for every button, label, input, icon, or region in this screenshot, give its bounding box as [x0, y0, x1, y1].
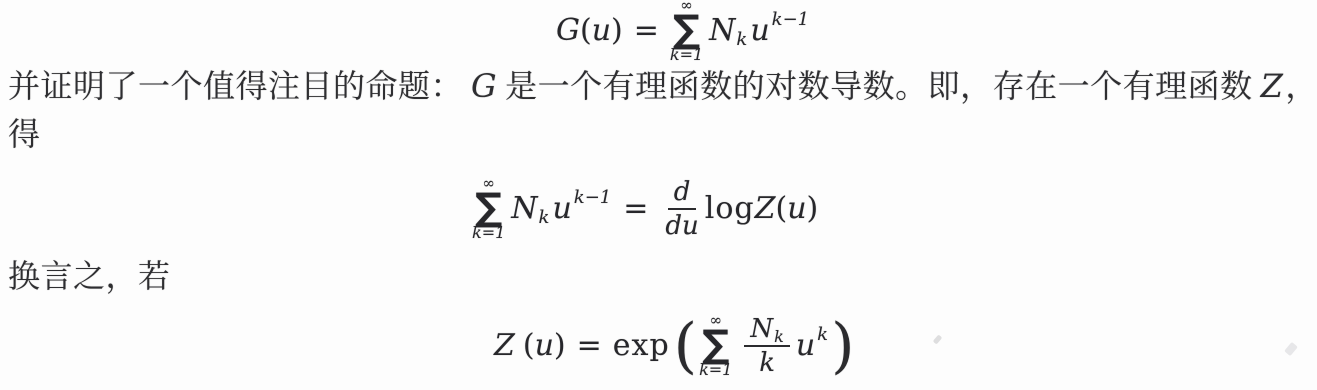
paragraph-line-2: 得 — [8, 116, 41, 153]
big-paren-open: ( — [674, 315, 697, 377]
formula-var: G — [556, 13, 580, 48]
cjk-text: 是一个有理函数的对数导数。即，存在一个有理函数 — [505, 67, 1253, 105]
formula-var: u — [787, 191, 806, 226]
paren: ) — [807, 191, 819, 226]
sigma-symbol: ∑ — [475, 189, 502, 225]
fraction-denominator: du — [665, 210, 698, 239]
paren: ) — [611, 13, 623, 48]
log-operator: log — [705, 191, 755, 226]
cjk-text: ，使 — [1285, 67, 1317, 105]
formula-var: N — [709, 13, 735, 48]
formula-zeta-exp: Z (u) = exp ( ∞ ∑ k=1 Nk k uk ) — [494, 313, 854, 378]
subscript: k — [539, 207, 550, 228]
formula-var: u — [552, 191, 571, 226]
superscript: k−1 — [574, 187, 611, 208]
cjk-text: 换言之，若 — [8, 257, 171, 295]
paren: ( — [580, 13, 592, 48]
equals-sign: = — [623, 191, 648, 226]
paragraph-line-1: 并证明了一个值得注目的命题：G是一个有理函数的对数导数。即，存在一个有理函数Z，… — [8, 68, 1317, 105]
summation: ∞ ∑ k=1 — [472, 176, 505, 241]
formula-log-derivative: ∞ ∑ k=1 Nkuk−1 = d du log Z(u) — [472, 176, 818, 241]
paren: ) — [554, 328, 566, 363]
formula-var: u — [592, 13, 611, 48]
superscript: k−1 — [772, 9, 809, 30]
scan-speck — [1284, 342, 1298, 356]
scanned-document-page: G(u) = ∞ ∑ k=1 Nkuk−1 并证明了一个值得注目的命题：G是一个… — [0, 0, 1317, 390]
big-paren-close: ) — [831, 315, 854, 377]
paren: ( — [523, 328, 535, 363]
equals-sign: = — [634, 13, 659, 48]
sigma-symbol: ∑ — [702, 326, 729, 362]
sum-lower-limit: k=1 — [472, 225, 505, 241]
exp-operator: exp — [613, 328, 670, 363]
sigma-symbol: ∑ — [673, 11, 700, 47]
subscript: k — [736, 29, 747, 50]
subscript: k — [774, 327, 784, 346]
formula-var: u — [796, 328, 815, 363]
formula-var: Z — [494, 328, 515, 363]
formula-var: N — [750, 314, 773, 344]
cjk-text: 得 — [8, 115, 41, 153]
scan-speck — [933, 334, 943, 344]
paragraph-line-3: 换言之，若 — [8, 258, 171, 295]
fraction-numerator: d — [668, 179, 697, 210]
sum-lower-limit: k=1 — [699, 362, 732, 378]
derivative-fraction: d du — [665, 179, 698, 239]
paren: ( — [776, 191, 788, 226]
equals-sign: = — [577, 328, 602, 363]
summation: ∞ ∑ k=1 — [670, 0, 703, 63]
fraction-numerator: Nk — [744, 316, 789, 347]
formula-var: u — [750, 13, 769, 48]
inline-var-z: Z — [1261, 67, 1284, 105]
summation: ∞ ∑ k=1 — [699, 313, 732, 378]
cjk-text: 并证明了一个值得注目的命题： — [8, 67, 463, 105]
sum-lower-limit: k=1 — [670, 47, 703, 63]
formula-generating-function: G(u) = ∞ ∑ k=1 Nkuk−1 — [556, 0, 810, 63]
coefficient-fraction: Nk k — [744, 316, 789, 376]
fraction-denominator: k — [759, 347, 775, 376]
formula-var: Z — [755, 191, 776, 226]
superscript: k — [817, 324, 828, 345]
inline-var-g: G — [471, 67, 497, 105]
formula-var: u — [535, 328, 554, 363]
formula-var: N — [511, 191, 537, 226]
